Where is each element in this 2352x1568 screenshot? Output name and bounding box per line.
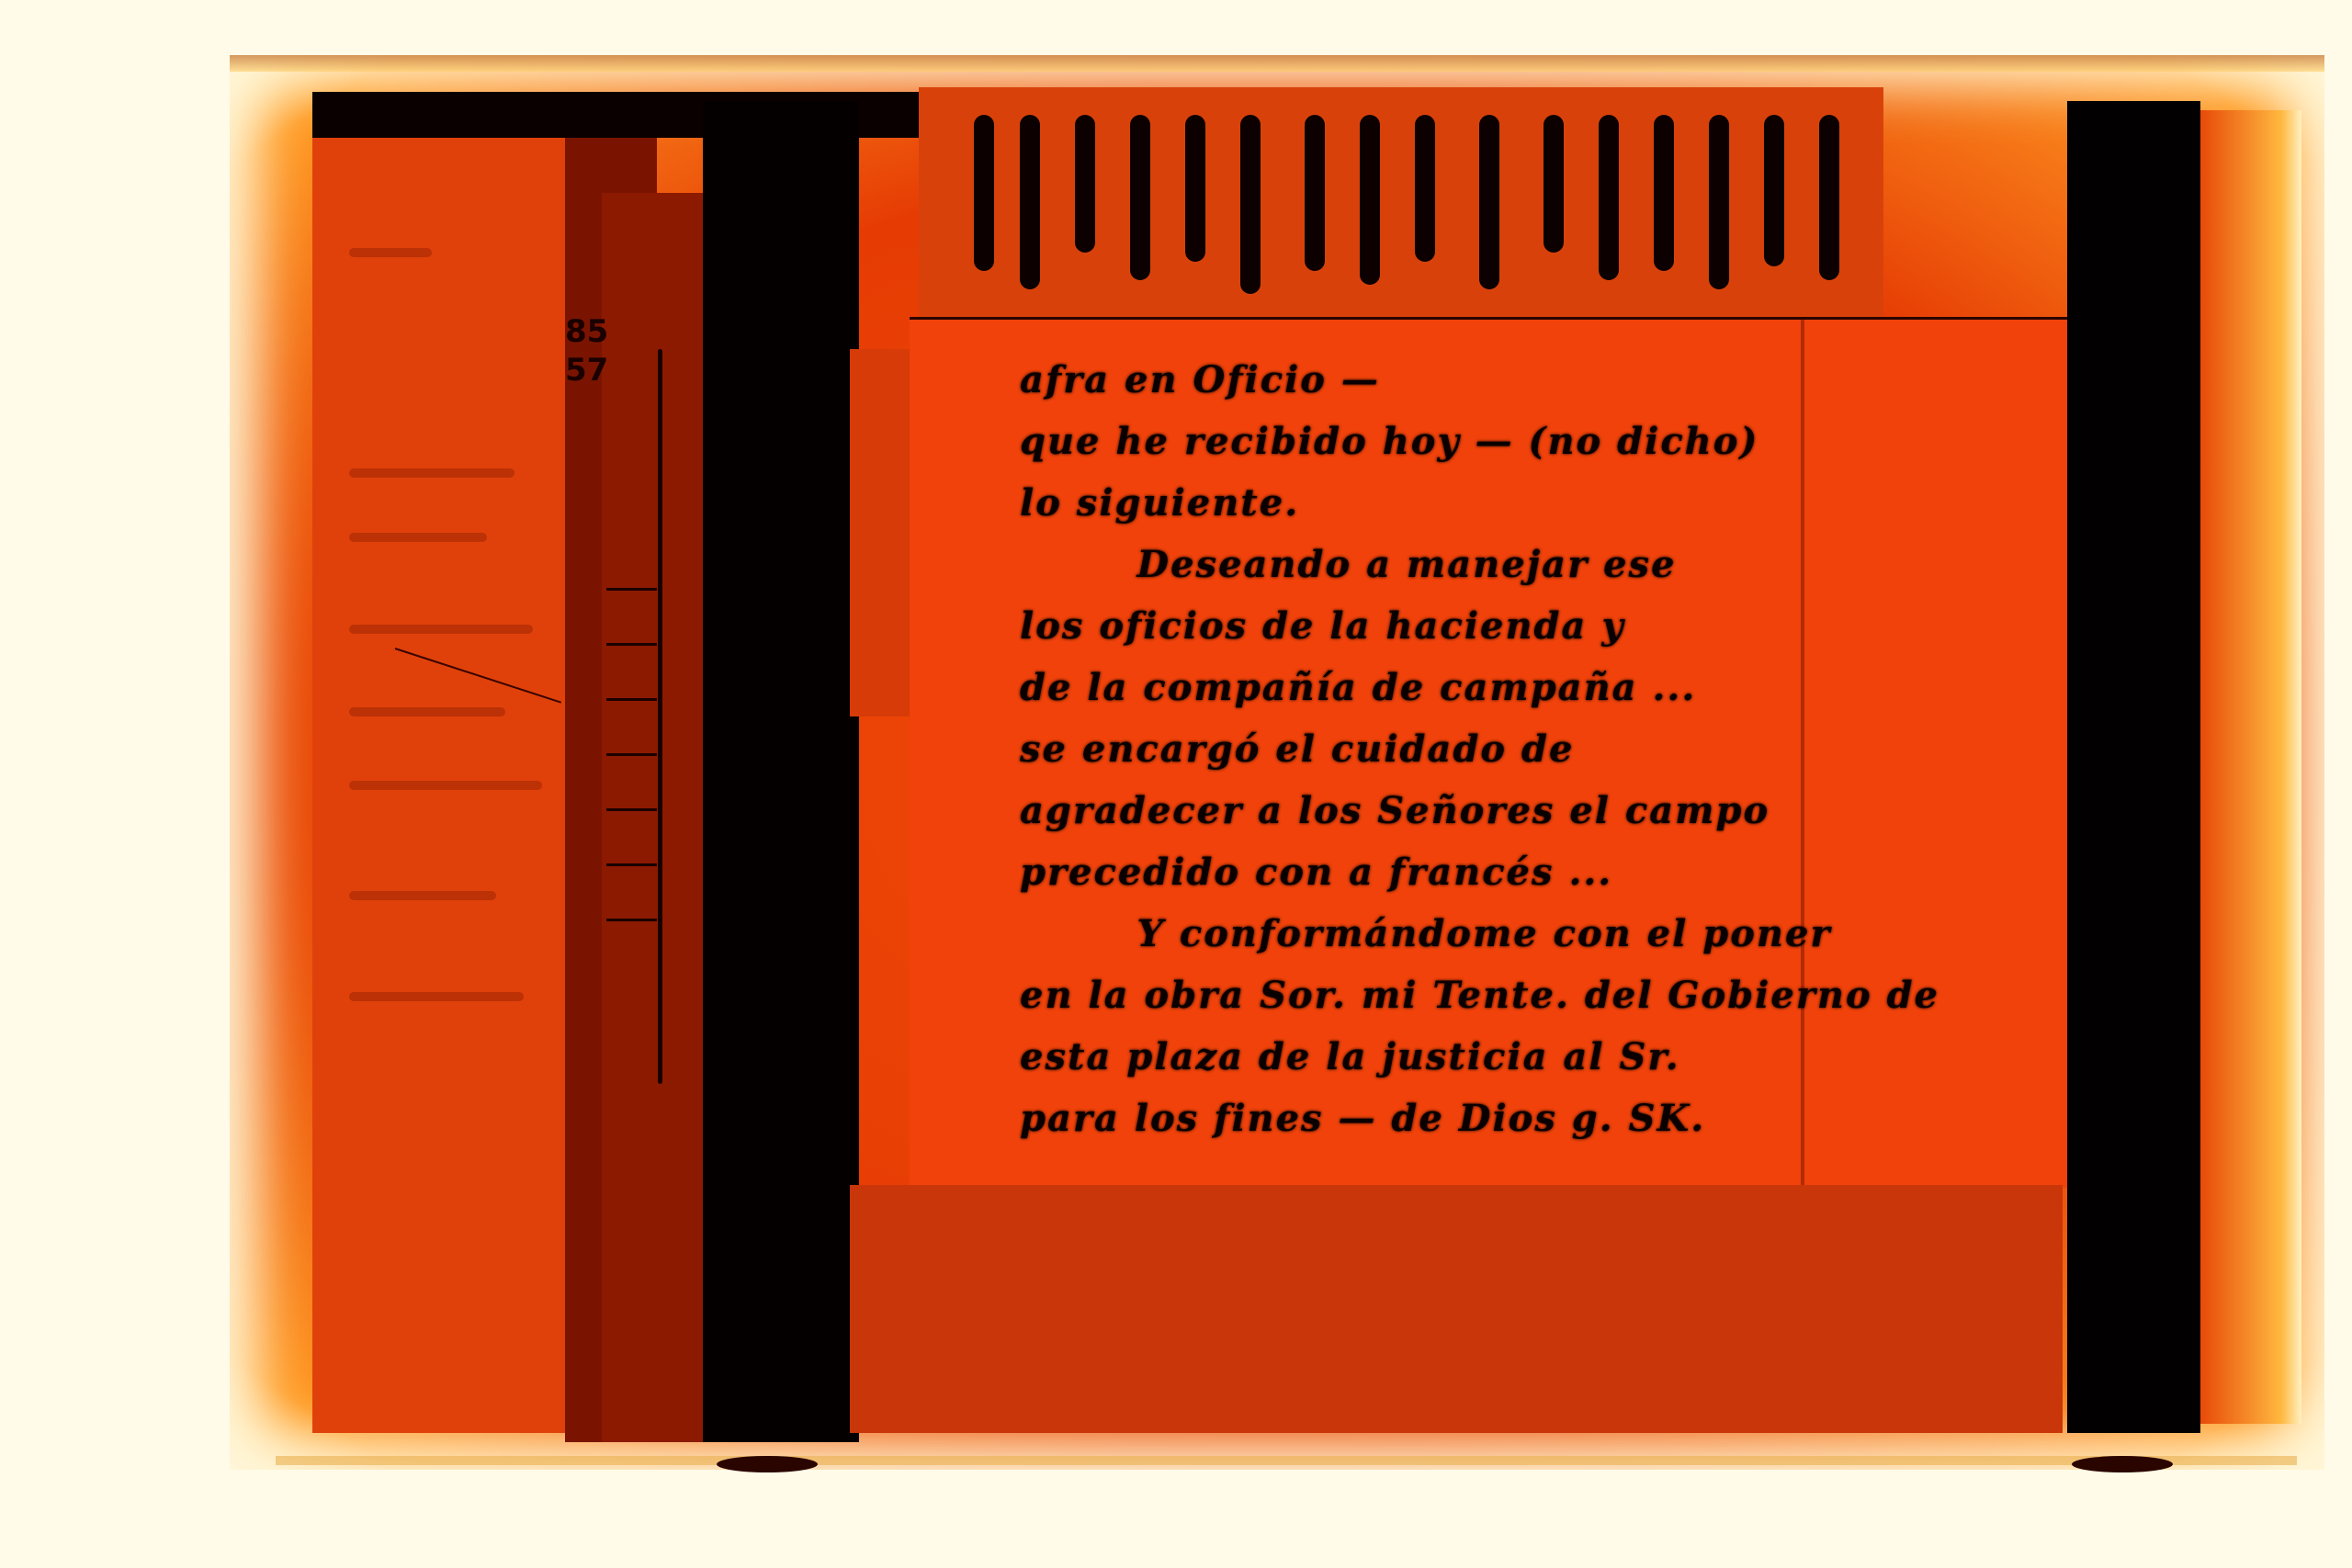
faded-text (349, 533, 487, 542)
faded-text (349, 707, 505, 716)
manuscript-line: Y conformándome con el poner (919, 903, 1929, 964)
manuscript-line: de la compañía de campaña ... (919, 657, 1929, 718)
manuscript-line: agradecer a los Señores el campo (919, 780, 1929, 841)
manuscript-line: Deseando a manejar ese (919, 534, 1929, 595)
faded-text (349, 248, 432, 257)
faded-text (349, 781, 542, 790)
faded-text (349, 992, 524, 1001)
right-page-edge (2200, 110, 2301, 1424)
right-shadow-bar (2067, 101, 2200, 1433)
ruler-tick (606, 808, 657, 811)
manuscript-line: para los fines — de Dios g. SK. (919, 1088, 1929, 1149)
faded-text (349, 468, 514, 478)
pen-stroke (395, 648, 561, 704)
clamp-foot-right (2072, 1456, 2173, 1472)
binding-thread (658, 349, 662, 1084)
ruler-tick (606, 643, 657, 646)
frame-bottom-edge (276, 1456, 2297, 1465)
manuscript-line: que he recibido hoy — (no dicho) (919, 411, 1929, 472)
manuscript-line: precedido con a francés ... (919, 841, 1929, 903)
ruler-tick (606, 588, 657, 591)
manuscript-text: afra en Oficio — que he recibido hoy — (… (919, 349, 1929, 1149)
frame-top-edge (230, 55, 2324, 72)
faded-text (349, 891, 496, 900)
manuscript-line: lo siguiente. (919, 472, 1929, 534)
manuscript-line: los oficios de la hacienda y (919, 595, 1929, 657)
manuscript-line: esta plaza de la justicia al Sr. (919, 1026, 1929, 1088)
manuscript-line: se encargó el cuidado de (919, 718, 1929, 780)
left-page (312, 138, 606, 1433)
faded-text (349, 625, 533, 634)
underlying-card (850, 349, 919, 716)
folio-number-top: 85 (565, 312, 620, 351)
lower-card (850, 1185, 2063, 1433)
ruler-tick (606, 919, 657, 921)
clamp-foot-left (717, 1456, 818, 1472)
manuscript-line: afra en Oficio — (919, 349, 1929, 411)
manuscript-line: en la obra Sor. mi Tente. del Gobierno d… (919, 964, 1929, 1026)
folio-number-bottom: 57 (565, 351, 620, 389)
ruler-tick (606, 863, 657, 866)
folio-number: 85 57 (565, 312, 620, 389)
header-strip (919, 87, 1883, 317)
ruler-tick (606, 753, 657, 756)
ruler-tick (606, 698, 657, 701)
gutter-shadow (703, 101, 859, 1442)
